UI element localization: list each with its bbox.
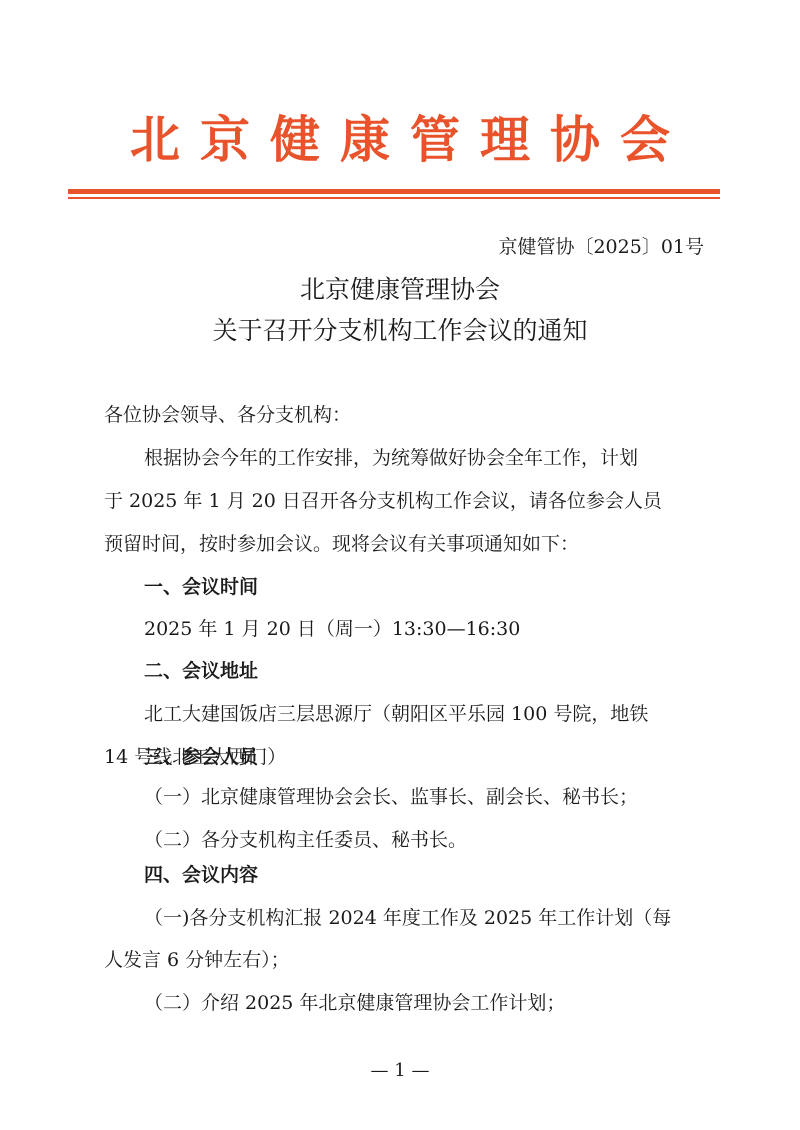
masthead-title: 北京健康管理协会 [130,111,690,169]
place-line-1: 北工大建国饭店三层思源厅（朝阳区平乐园 100 号院，地铁 [144,703,648,725]
title-line-1: 北京健康管理协会 [0,270,800,306]
salutation: 各位协会领导、各分支机构： [104,400,351,427]
intro-line: 根据协会今年的工作安排，为统筹做好协会全年工作，计划 [144,443,638,470]
section-heading-attendees: 三、参会人员 [144,742,258,769]
intro-line: 预留时间，按时参加会议。现将会议有关事项通知如下： [104,529,579,556]
attendee-line: （一）北京健康管理协会会长、监事长、副会长、秘书长； [144,782,638,809]
place-line: 北工大建国饭店三层思源厅（朝阳区平乐园 100 号院，地铁 [144,666,648,693]
document-number: 京健管协〔2025〕01号 [498,232,704,259]
masthead-rule-thick [68,189,720,194]
attendee-line: （二）各分支机构主任委员、秘书长。 [144,825,467,852]
section-heading-content: 四、会议内容 [144,860,258,887]
content-line: 人发言 6 分钟左右）； [104,945,290,972]
content-line: （一)各分支机构汇报 2024 年度工作及 2025 年工作计划（每 [144,903,671,930]
page-number: — 1 — [0,1060,800,1081]
intro-line: 于 2025 年 1 月 20 日召开各分支机构工作会议，请各位参会人员 [104,486,662,513]
title-line-2: 关于召开分支机构工作会议的通知 [0,311,800,347]
content-line: （二）介绍 2025 年北京健康管理协会工作计划； [144,988,565,1015]
meeting-time: 2025 年 1 月 20 日（周一）13:30—16:30 [144,618,520,640]
section-time-text: 2025 年 1 月 20 日（周一）13:30—16:30 [144,592,520,619]
masthead: 北京健康管理协会 [0,100,800,172]
masthead-rule-thin [68,197,720,199]
attendees-heading-text: 三、参会人员 [144,746,258,768]
